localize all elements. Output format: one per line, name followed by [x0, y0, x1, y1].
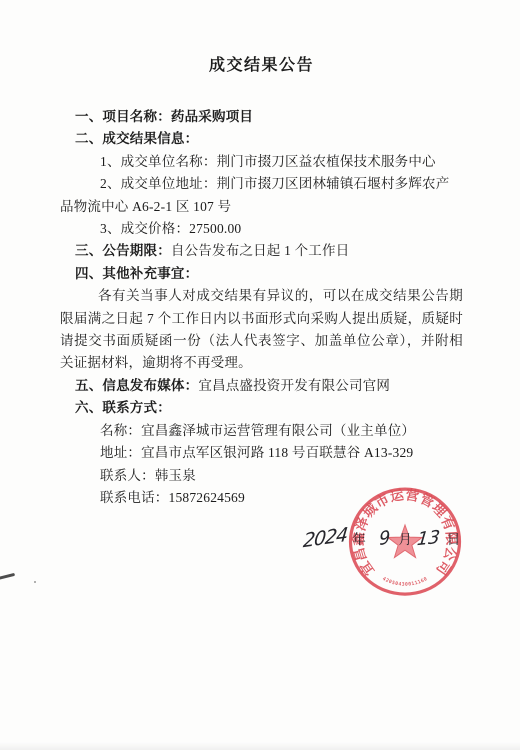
line-value: 27500.00 [189, 221, 241, 236]
line-project-name: 一、项目名称：药品采购项目 [75, 106, 463, 128]
line-value: 自公告发布之日起 1 个工作日 [171, 243, 350, 258]
line-contact-org-name: 名称：宜昌鑫泽城市运营管理有限公司（业主单位） [100, 420, 463, 442]
line-announcement-period: 三、公告期限：自公告发布之日起 1 个工作日 [75, 240, 463, 262]
seal-serial-number: 42050430011160 [381, 576, 428, 588]
line-label: 三、公告期限： [75, 243, 171, 258]
date-month-unit: 月 [398, 528, 412, 548]
date-year-unit: 年 [352, 528, 366, 548]
scanned-document-page: 成交结果公告 一、项目名称：药品采购项目 二、成交结果信息： 1、成交单位名称：… [0, 0, 520, 750]
line-contact-address: 地址：宜昌市点军区银河路 118 号百联慧谷 A13-329 [100, 442, 463, 464]
stray-ink-dot [34, 581, 36, 583]
line-supplement-paragraph: 各有关当事人对成交结果有异议的，可以在成交结果公告期限届满之日起 7 个工作日内… [60, 285, 463, 375]
line-label: 二、成交结果信息： [75, 131, 198, 146]
line-label: 3、成交价格： [100, 221, 189, 236]
line-contact-header: 六、联系方式： [75, 397, 463, 419]
line-label: 五、信息发布媒体： [75, 378, 198, 393]
line-winner-address: 2、成交单位地址：荆门市掇刀区团林辅镇石堰村多辉农产品物流中心 A6-2-1 区… [60, 173, 463, 218]
line-label: 地址： [100, 445, 141, 460]
line-publish-media: 五、信息发布媒体：宜昌点盛投资开发有限公司官网 [75, 375, 463, 397]
stray-pen-mark [0, 573, 15, 580]
document-title: 成交结果公告 [60, 56, 463, 76]
document-body: 成交结果公告 一、项目名称：药品采购项目 二、成交结果信息： 1、成交单位名称：… [60, 56, 463, 509]
line-value: 各有关当事人对成交结果有异议的，可以在成交结果公告期限届满之日起 7 个工作日内… [60, 288, 463, 370]
handwritten-date: 2024 年 9 月 13 日 [303, 527, 460, 549]
line-value: 荆门市掇刀区益农植保技术服务中心 [217, 154, 436, 169]
line-deal-price: 3、成交价格：27500.00 [100, 218, 463, 240]
line-value: 宜昌鑫泽城市运营管理有限公司（业主单位） [141, 423, 415, 438]
date-year-handwritten: 2024 [302, 524, 348, 553]
line-label: 联系电话： [100, 490, 169, 505]
line-contact-person: 联系人：韩玉泉 [100, 465, 463, 487]
line-supplement-header: 四、其他补充事宜： [75, 263, 463, 285]
line-value: 药品采购项目 [171, 109, 253, 124]
line-value: 宜昌市点军区银河路 118 号百联慧谷 A13-329 [141, 445, 413, 460]
svg-text:42050430011160: 42050430011160 [381, 576, 428, 588]
date-day-handwritten: 13 [416, 526, 441, 550]
line-value: 韩玉泉 [155, 468, 196, 483]
line-result-info-header: 二、成交结果信息： [75, 128, 463, 150]
line-winner-name: 1、成交单位名称：荆门市掇刀区益农植保技术服务中心 [100, 151, 463, 173]
scan-edge-shadow [0, 742, 520, 750]
line-value: 宜昌点盛投资开发有限公司官网 [198, 378, 390, 393]
line-label: 联系人： [100, 468, 155, 483]
line-label: 一、项目名称： [75, 109, 171, 124]
date-month-handwritten: 9 [379, 526, 390, 549]
line-label: 2、成交单位地址： [100, 176, 217, 191]
line-label: 六、联系方式： [75, 400, 171, 415]
line-label: 名称： [100, 423, 141, 438]
line-label: 1、成交单位名称： [100, 154, 217, 169]
line-label: 四、其他补充事宜： [75, 266, 198, 281]
line-value: 15872624569 [169, 490, 245, 505]
date-day-unit: 日 [447, 528, 461, 548]
